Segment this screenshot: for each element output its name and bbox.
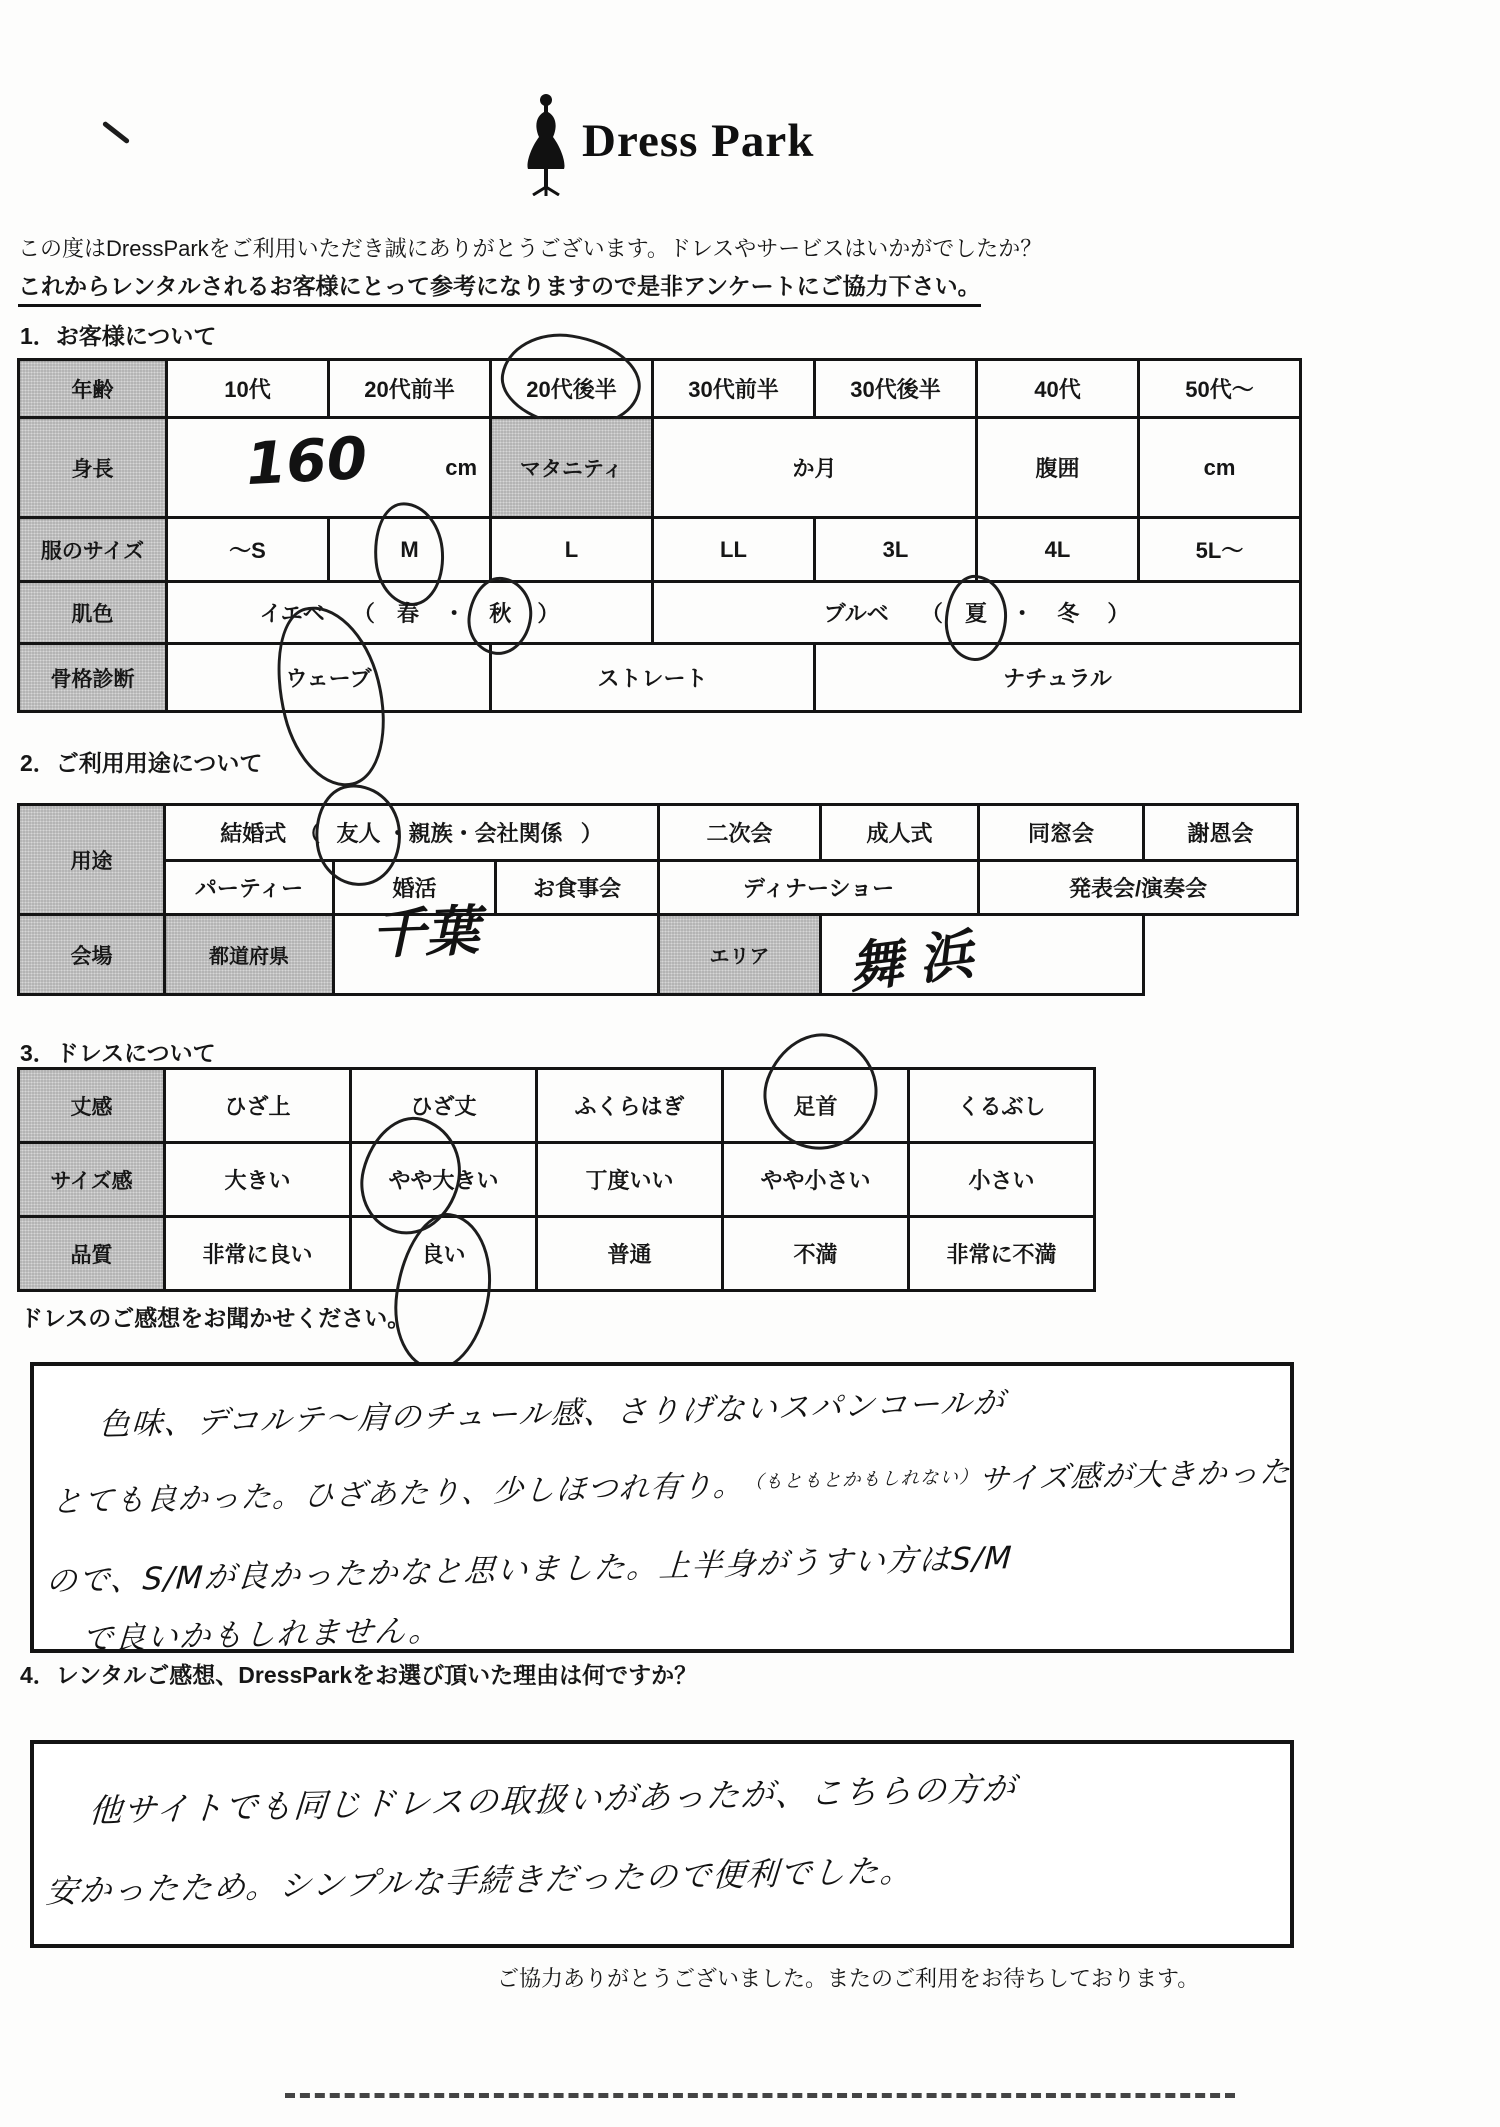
quality-option-selected: 良い — [351, 1217, 537, 1291]
quality-option: 非常に良い — [165, 1217, 351, 1291]
age-option: 30代後半 — [815, 360, 977, 418]
skeleton-option: ストレート — [491, 644, 815, 712]
size-option: 5L～ — [1139, 518, 1301, 582]
age-row-label: 年齢 — [19, 360, 167, 418]
quality-option-label: 良い — [421, 1242, 465, 1267]
stray-pen-mark — [102, 121, 130, 145]
handwritten-area: 舞浜 — [844, 910, 992, 1003]
pen-circle: 夏 — [965, 597, 987, 628]
dress-comment-prompt: ドレスのご感想をお聞かせください。 — [20, 1300, 410, 1333]
paren-close: ） — [1107, 601, 1129, 626]
handwritten-comment-line: 安かったため。シンプルな手続きだったので便利でした。 — [45, 1845, 915, 1912]
fit-row-label: サイズ感 — [19, 1143, 165, 1217]
logo-text: Dress Park — [582, 114, 814, 168]
section1-heading: 1．お客様について — [20, 318, 216, 351]
usage-table: 用途 結婚式 （ 友人 ・親族・会社関係 ） 二次会 成人式 同窓会 謝恩会 パ… — [17, 803, 1299, 996]
area-value-cell: 舞浜 — [821, 915, 1144, 995]
size-option: 3L — [815, 518, 977, 582]
dress-feedback-table: 丈感 ひざ上 ひざ丈 ふくらはぎ 足首 くるぶし サイズ感 大きい やや大きい — [17, 1067, 1096, 1292]
fit-option: 小さい — [909, 1143, 1095, 1217]
size-option: ～S — [167, 518, 329, 582]
customer-info-table: 年齢 10代 20代前半 20代後半 30代前半 30代後半 40代 50代～ … — [17, 358, 1302, 713]
paren-open: （ — [353, 601, 375, 626]
quality-row-label: 品質 — [19, 1217, 165, 1291]
months-label: か月 — [653, 418, 977, 518]
pen-circle: やや大きい — [388, 1164, 498, 1195]
pen-circle: 良い — [421, 1238, 465, 1269]
length-option: ひざ丈 — [351, 1069, 537, 1143]
length-row-label: 丈感 — [19, 1069, 165, 1143]
paren-close: ） — [581, 821, 603, 846]
survey-page: Dress Park この度はDressParkをご利用いただき誠にありがとうご… — [0, 0, 1500, 2127]
length-option-selected: 足首 — [723, 1069, 909, 1143]
age-option: 10代 — [167, 360, 329, 418]
handwritten-height-value: 160 — [244, 424, 368, 498]
height-value-cell: 160 cm — [167, 418, 491, 518]
skin-row-label: 肌色 — [19, 582, 167, 644]
length-option: ひざ上 — [165, 1069, 351, 1143]
waist-label: 腹囲 — [977, 418, 1139, 518]
size-option-label: M — [400, 537, 418, 562]
purpose-option: ディナーショー — [659, 861, 979, 915]
pen-circle: 秋 — [489, 597, 511, 628]
length-option-label: 足首 — [793, 1094, 837, 1119]
yellow-base-label: イエベ — [260, 601, 325, 626]
pen-circle: M — [400, 537, 418, 563]
wedding-option-friend: 友人 — [336, 821, 380, 846]
wedding-rest-label: ・親族・会社関係 — [387, 821, 563, 846]
handwritten-comment-line: とても良かった。ひざあたり、少しほつれ有り。（もともとかもしれない）サイズ感が大… — [51, 1447, 1293, 1521]
purpose-option: 二次会 — [659, 805, 821, 861]
dot-separator: ・ — [443, 601, 465, 626]
purpose-option: 謝恩会 — [1144, 805, 1298, 861]
purpose-option: パーティー — [165, 861, 334, 915]
skin-blue-cell: ブルベ （ 夏 ・ 冬 ） — [653, 582, 1301, 644]
skin-option-spring: 春 — [397, 601, 419, 626]
fit-option-selected: やや大きい — [351, 1143, 537, 1217]
wedding-label: 結婚式 — [220, 821, 286, 846]
size-option: 4L — [977, 518, 1139, 582]
skeleton-row-label: 骨格診断 — [19, 644, 167, 712]
skeleton-option-label: ウェーブ — [285, 666, 371, 691]
purpose-option: 成人式 — [821, 805, 979, 861]
skin-yellow-cell: イエベ （ 春 ・ 秋 ） — [167, 582, 653, 644]
waist-unit-label: cm — [1139, 418, 1301, 518]
logo: Dress Park — [520, 92, 814, 201]
prefecture-value-cell: 千葉 — [334, 915, 659, 995]
purpose-option: 発表会/演奏会 — [979, 861, 1298, 915]
quality-option: 普通 — [537, 1217, 723, 1291]
purpose-option: 同窓会 — [979, 805, 1144, 861]
paren-open: （ — [298, 821, 320, 846]
blue-base-label: ブルベ — [824, 601, 889, 626]
handwritten-comment-line: で良いかもしれません。 — [81, 1605, 443, 1659]
handwritten-comment-line: 他サイトでも同じドレスの取扱いがあったが、こちらの方が — [88, 1763, 1019, 1833]
skin-option-winter: 冬 — [1057, 601, 1079, 626]
prefecture-label: 都道府県 — [165, 915, 334, 995]
handwritten-comment-line: ので、S/Mが良かったかなと思いました。上半身がうすい方はS/M — [45, 1532, 1015, 1601]
skeleton-option-selected: ウェーブ — [167, 644, 491, 712]
height-row-label: 身長 — [19, 418, 167, 518]
handwritten-prefecture: 千葉 — [370, 888, 481, 969]
dress-comment-box: 色味、デコルテ〜肩のチュール感、さりげないスパンコールが とても良かった。ひざあ… — [30, 1362, 1294, 1653]
age-option-label: 20代後半 — [526, 377, 616, 402]
comment-inline-note: （もともとかもしれない） — [744, 1462, 980, 1494]
skeleton-option: ナチュラル — [815, 644, 1301, 712]
quality-option: 非常に不満 — [909, 1217, 1095, 1291]
pen-circle: 20代後半 — [526, 373, 616, 404]
paren-open: （ — [921, 601, 943, 626]
pen-circle: 友人 — [336, 817, 380, 848]
section4-heading: 4．レンタルご感想、DressParkをお選び頂いた理由は何ですか？ — [20, 1657, 697, 1690]
dress-mannequin-icon — [520, 92, 572, 201]
size-row-label: 服のサイズ — [19, 518, 167, 582]
footer-thanks: ご協力ありがとうございました。またのご利用をお待ちしております。 — [497, 1962, 1199, 1993]
age-option: 40代 — [977, 360, 1139, 418]
age-option: 50代～ — [1139, 360, 1301, 418]
section3-heading: 3．ドレスについて — [20, 1035, 216, 1068]
scan-edge-dashes — [285, 2093, 1235, 2098]
purpose-wedding-cell: 結婚式 （ 友人 ・親族・会社関係 ） — [165, 805, 659, 861]
purpose-option: お食事会 — [496, 861, 659, 915]
length-option: ふくらはぎ — [537, 1069, 723, 1143]
paren-close: ） — [537, 601, 559, 626]
length-option: くるぶし — [909, 1069, 1095, 1143]
rental-comment-box: 他サイトでも同じドレスの取扱いがあったが、こちらの方が 安かったため。シンプルな… — [30, 1740, 1294, 1948]
comment-text: とても良かった。ひざあたり、少しほつれ有り。 — [51, 1468, 746, 1520]
maternity-label: マタニティ — [491, 418, 653, 518]
venue-row-label: 会場 — [19, 915, 165, 995]
intro-line-2: これからレンタルされるお客様にとって参考になりますので是非アンケートにご協力下さ… — [18, 268, 981, 307]
section2-heading: 2．ご利用用途について — [20, 745, 262, 778]
fit-option-label: やや大きい — [388, 1168, 498, 1193]
quality-option: 不満 — [723, 1217, 909, 1291]
dot-separator: ・ — [1011, 601, 1033, 626]
age-option: 20代前半 — [329, 360, 491, 418]
age-option: 30代前半 — [653, 360, 815, 418]
intro-line-1: この度はDressParkをご利用いただき誠にありがとうございます。ドレスやサー… — [18, 232, 1042, 263]
fit-option: 丁度いい — [537, 1143, 723, 1217]
pen-circle: 足首 — [793, 1090, 837, 1121]
pen-circle: ウェーブ — [285, 662, 371, 693]
purpose-row-label: 用途 — [19, 805, 165, 915]
age-option-selected: 20代後半 — [491, 360, 653, 418]
handwritten-comment-line: 色味、デコルテ〜肩のチュール感、さりげないスパンコールが — [98, 1377, 1007, 1444]
area-label: エリア — [659, 915, 821, 995]
skin-option-summer: 夏 — [965, 601, 987, 626]
size-option: L — [491, 518, 653, 582]
size-option: LL — [653, 518, 815, 582]
fit-option: やや小さい — [723, 1143, 909, 1217]
cm-unit-label: cm — [445, 455, 477, 481]
comment-text: サイズ感が大きかった — [978, 1455, 1293, 1498]
skin-option-autumn: 秋 — [489, 601, 511, 626]
fit-option: 大きい — [165, 1143, 351, 1217]
empty-cell — [1144, 915, 1298, 995]
size-option-selected: M — [329, 518, 491, 582]
